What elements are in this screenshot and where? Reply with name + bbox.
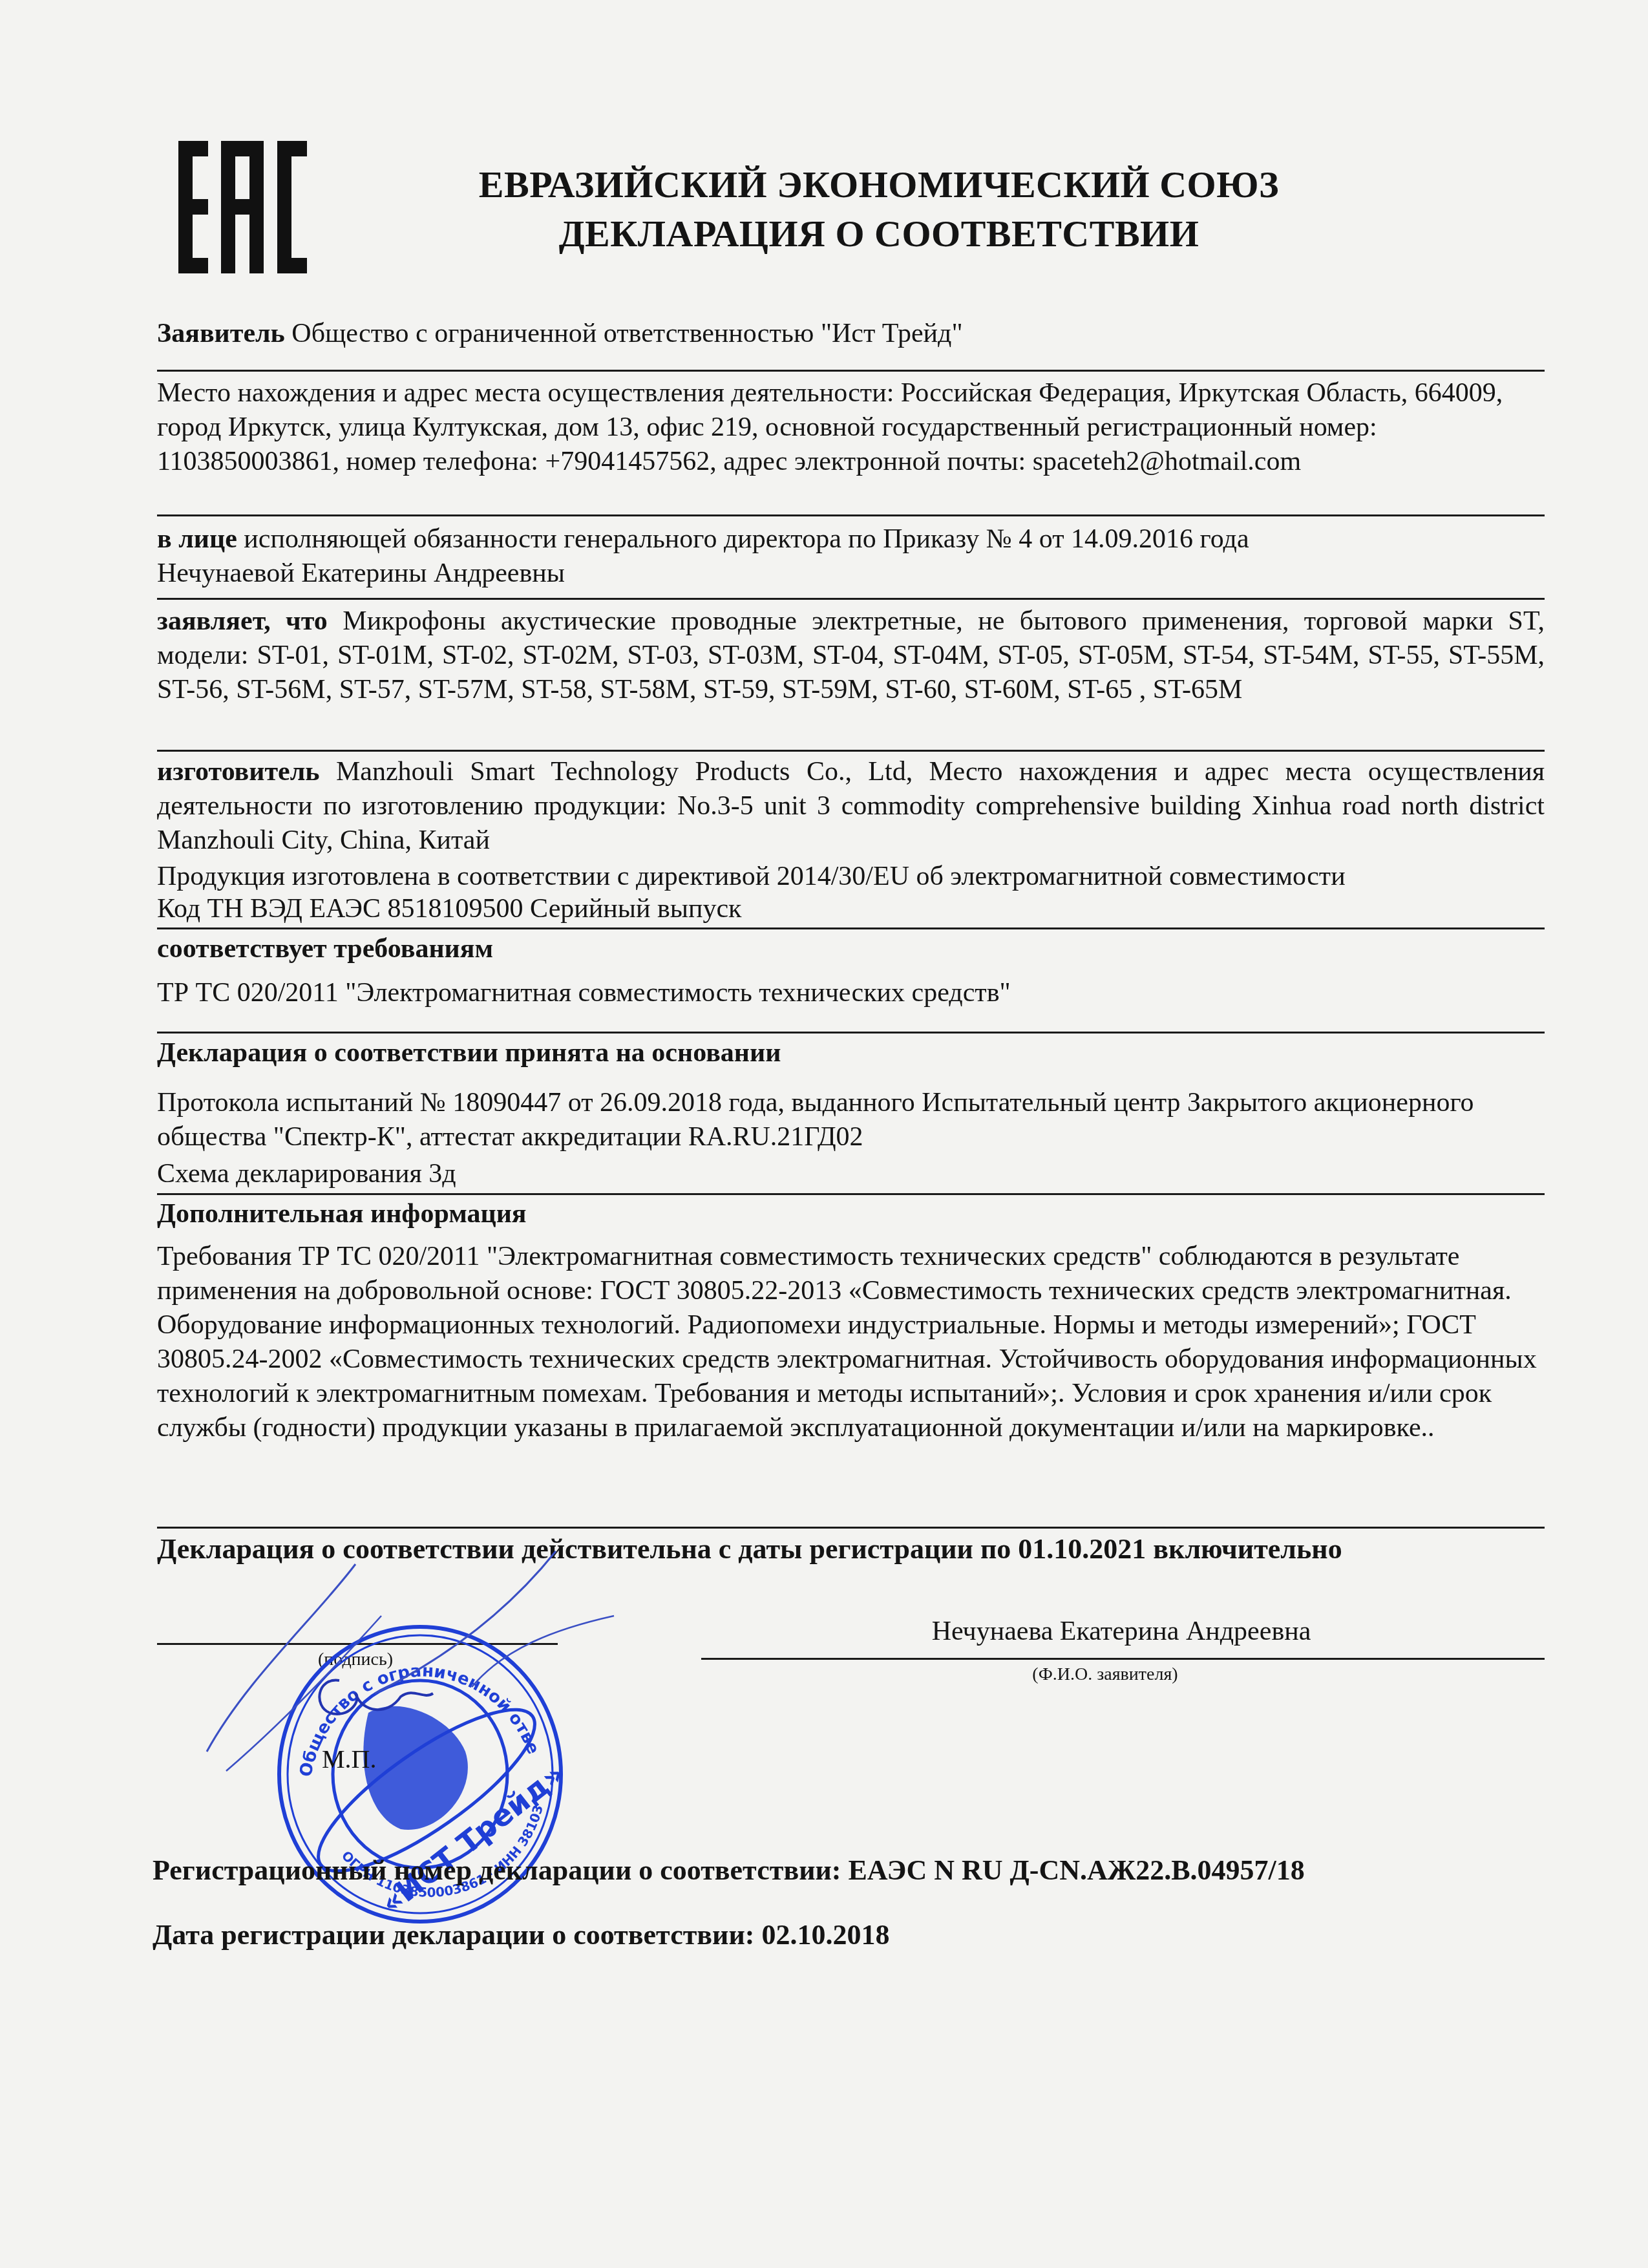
- basis-label: Декларация о соответствии принята на осн…: [157, 1036, 1545, 1070]
- divider: [157, 750, 1545, 752]
- manufacturer-block: изготовитель Manzhouli Smart Technology …: [157, 755, 1545, 858]
- additional-label: Дополнительная информация: [157, 1197, 1545, 1231]
- applicant-value: Общество с ограниченной ответственностью…: [291, 319, 962, 348]
- document-title: ЕВРАЗИЙСКИЙ ЭКОНОМИЧЕСКИЙ СОЮЗ ДЕКЛАРАЦИ…: [362, 160, 1396, 259]
- signer-name: Нечунаева Екатерина Андреевна: [698, 1616, 1545, 1647]
- applicant-label: Заявитель: [157, 319, 285, 348]
- represented-by-block: в лице исполняющей обязанности генеральн…: [157, 522, 1545, 591]
- customs-code-line: Код ТН ВЭД ЕАЭС 8518109500 Серийный выпу…: [157, 892, 1545, 926]
- name-line: [701, 1658, 1545, 1660]
- title-declaration: ДЕКЛАРАЦИЯ О СООТВЕТСТВИИ: [362, 209, 1396, 259]
- represented-by-label: в лице: [157, 524, 237, 554]
- declaration-scheme: Схема декларирования 3д: [157, 1157, 1545, 1191]
- conforms-label: соответствует требованиям: [157, 932, 1545, 966]
- directive-line: Продукция изготовлена в соответствии с д…: [157, 860, 1545, 894]
- seal-placeholder: М.П.: [322, 1744, 376, 1774]
- handwritten-signature: [168, 1538, 620, 1810]
- represented-by-value: исполняющей обязанности генерального дир…: [244, 524, 1249, 554]
- divider: [157, 1032, 1545, 1033]
- divider: [157, 370, 1545, 372]
- registration-number: Регистрационный номер декларации о соотв…: [153, 1854, 1305, 1887]
- name-caption: (Ф.И.О. заявителя): [989, 1664, 1221, 1685]
- applicant-row: Заявитель Общество с ограниченной ответс…: [157, 317, 1545, 351]
- declares-label: заявляет, что: [157, 606, 328, 636]
- representative-name: Нечунаевой Екатерины Андреевны: [157, 558, 565, 588]
- registration-date: Дата регистрации декларации о соответств…: [153, 1918, 889, 1951]
- manufacturer-value: Manzhouli Smart Technology Products Co.,…: [157, 757, 1545, 855]
- product-description: Микрофоны акустические проводные электре…: [157, 606, 1545, 705]
- divider: [157, 1193, 1545, 1195]
- additional-value: Требования ТР ТС 020/2011 "Электромагнит…: [157, 1240, 1545, 1445]
- title-union: ЕВРАЗИЙСКИЙ ЭКОНОМИЧЕСКИЙ СОЮЗ: [362, 160, 1396, 209]
- divider: [157, 598, 1545, 600]
- manufacturer-label: изготовитель: [157, 757, 320, 787]
- divider: [157, 1527, 1545, 1529]
- conforms-value: ТР ТС 020/2011 "Электромагнитная совмест…: [157, 976, 1545, 1010]
- address-block: Место нахождения и адрес места осуществл…: [157, 376, 1545, 479]
- divider: [157, 514, 1545, 516]
- basis-value: Протокола испытаний № 18090447 от 26.09.…: [157, 1086, 1545, 1154]
- divider: [157, 927, 1545, 929]
- declares-block: заявляет, что Микрофоны акустические про…: [157, 604, 1545, 707]
- eac-logo: [178, 141, 308, 273]
